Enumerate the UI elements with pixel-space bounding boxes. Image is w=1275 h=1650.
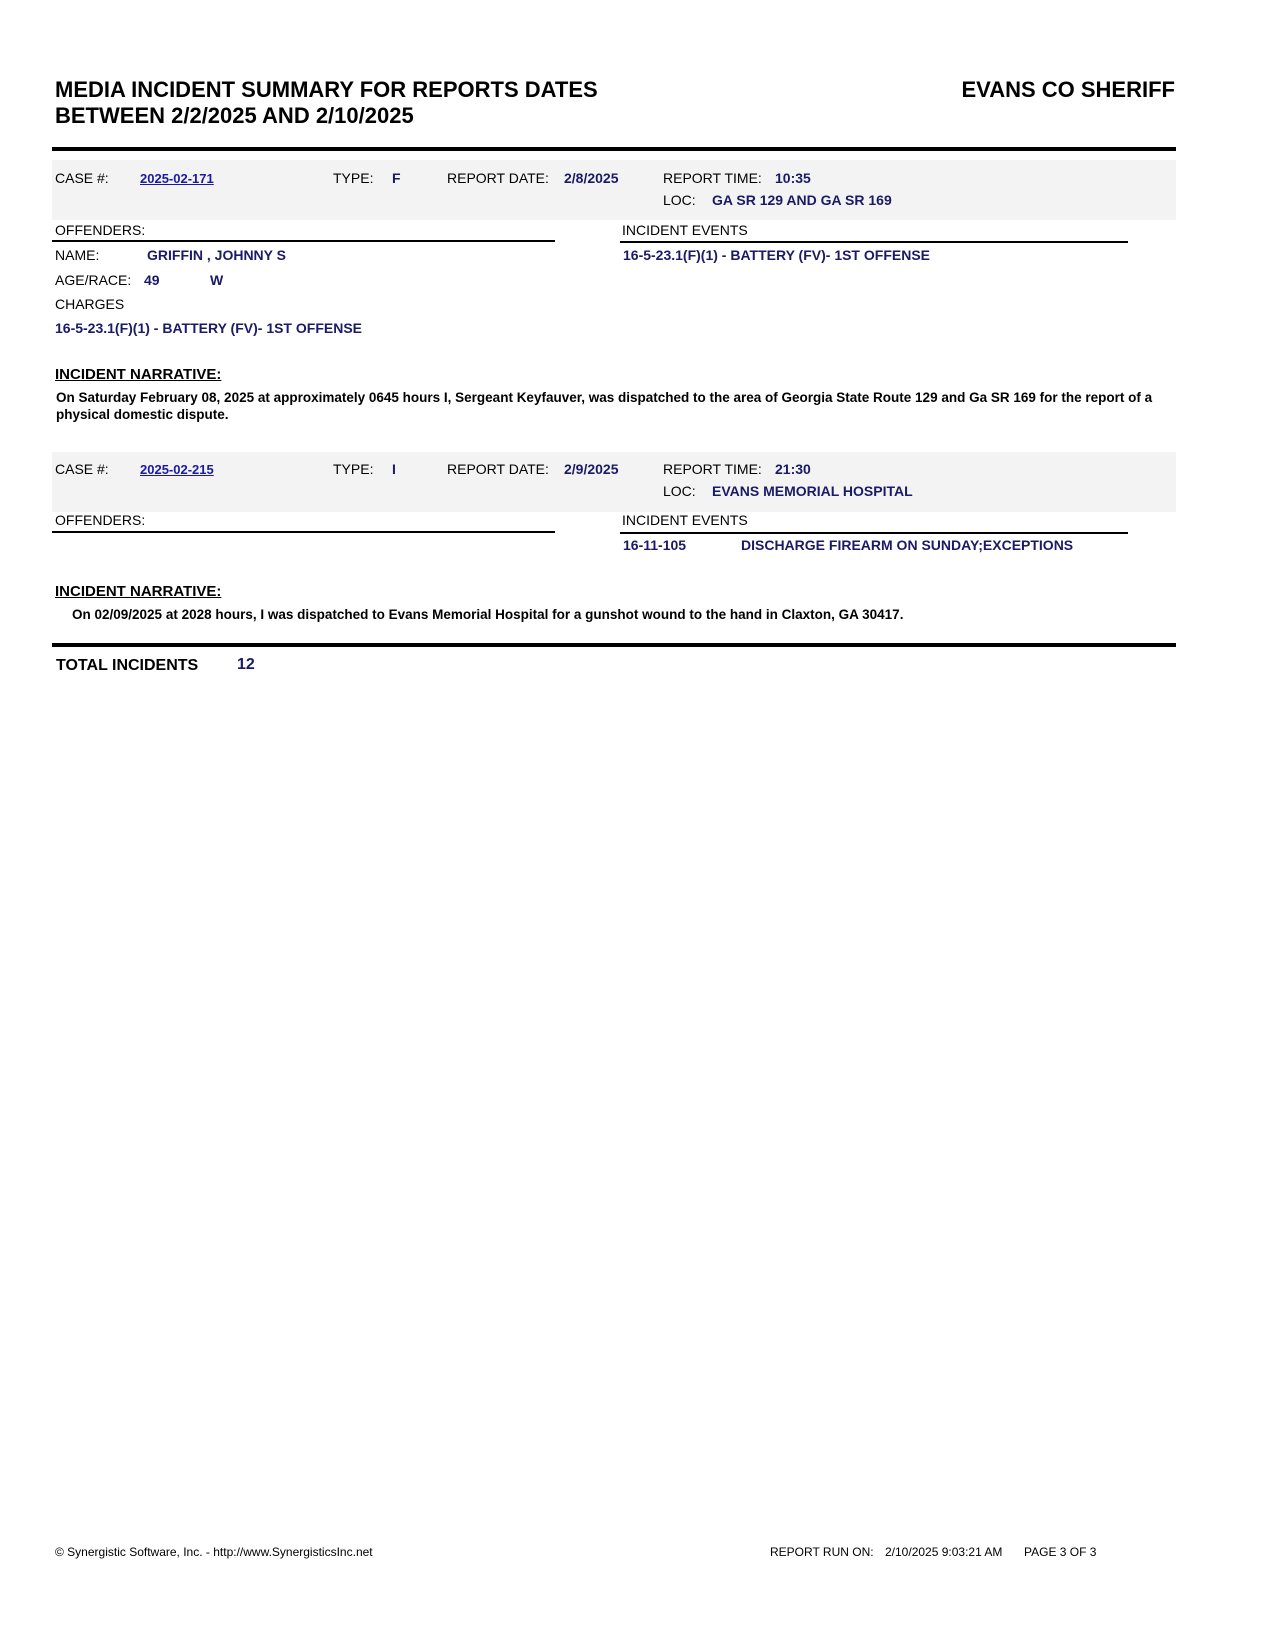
case-2-offenders-underline [52,531,555,533]
case-1-offenders-underline [52,240,555,242]
case-1-name-label: NAME: [55,247,99,263]
case-2-narrative-heading: INCIDENT NARRATIVE: [55,583,221,600]
case-2-report-date-value: 2/9/2025 [564,461,619,477]
case-2-offenders-label: OFFENDERS: [55,512,145,528]
case-2-event-code: 16-11-105 [623,537,686,553]
case-2-loc-label: LOC: [663,483,696,499]
case-2-events-label: INCIDENT EVENTS [622,512,748,528]
case-1-report-date-value: 2/8/2025 [564,170,619,186]
report-title-line2: BETWEEN 2/2/2025 AND 2/10/2025 [55,103,598,129]
case-2-event-description: DISCHARGE FIREARM ON SUNDAY;EXCEPTIONS [741,537,1073,553]
case-1-offender-race: W [210,272,223,288]
case-2-report-time-label: REPORT TIME: [663,461,762,477]
case-1-charges-label: CHARGES [55,296,124,312]
case-1-events-label: INCIDENT EVENTS [622,222,748,238]
case-2-events-underline [620,532,1128,534]
agency-name: EVANS CO SHERIFF [961,77,1175,103]
case-2-report-time-value: 21:30 [775,461,811,477]
case-1-type-label: TYPE: [333,170,373,186]
case-1-type-value: F [392,170,401,186]
case-1-event-value: 16-5-23.1(F)(1) - BATTERY (FV)- 1ST OFFE… [623,247,930,263]
total-incidents-value: 12 [237,656,255,674]
case-1-report-time-value: 10:35 [775,170,811,186]
case-1-charge-value: 16-5-23.1(F)(1) - BATTERY (FV)- 1ST OFFE… [55,320,362,336]
case-1-header-band [52,160,1176,220]
footer-run-label: REPORT RUN ON: [770,1545,874,1559]
report-title: MEDIA INCIDENT SUMMARY FOR REPORTS DATES… [55,77,598,129]
case-1-offenders-label: OFFENDERS: [55,222,145,238]
case-1-events-underline [620,241,1128,243]
case-2-type-label: TYPE: [333,461,373,477]
case-1-case-number-link[interactable]: 2025-02-171 [140,171,214,186]
case-1-loc-label: LOC: [663,192,696,208]
case-2-report-date-label: REPORT DATE: [447,461,549,477]
case-1-loc-value: GA SR 129 AND GA SR 169 [712,192,892,208]
case-1-offender-name: GRIFFIN , JOHNNY S [147,247,286,263]
report-title-line1: MEDIA INCIDENT SUMMARY FOR REPORTS DATES [55,77,598,103]
case-2-loc-value: EVANS MEMORIAL HOSPITAL [712,483,913,499]
footer-page-number: PAGE 3 OF 3 [1024,1545,1096,1559]
case-1-age-race-label: AGE/RACE: [55,272,131,288]
total-incidents-label: TOTAL INCIDENTS [56,657,198,675]
header-divider [52,147,1176,151]
case-1-narrative-text: On Saturday February 08, 2025 at approxi… [56,389,1156,423]
case-2-case-label: CASE #: [55,461,109,477]
case-1-report-time-label: REPORT TIME: [663,170,762,186]
case-1-report-date-label: REPORT DATE: [447,170,549,186]
case-2-case-number-link[interactable]: 2025-02-215 [140,462,214,477]
case-1-narrative-heading: INCIDENT NARRATIVE: [55,366,221,383]
footer-run-value: 2/10/2025 9:03:21 AM [885,1545,1002,1559]
totals-divider [52,643,1176,647]
case-1-case-label: CASE #: [55,170,109,186]
case-1-offender-age: 49 [144,272,160,288]
case-2-narrative-text: On 02/09/2025 at 2028 hours, I was dispa… [72,606,1172,623]
case-2-type-value: I [392,461,396,477]
footer-copyright: © Synergistic Software, Inc. - http://ww… [55,1545,373,1559]
